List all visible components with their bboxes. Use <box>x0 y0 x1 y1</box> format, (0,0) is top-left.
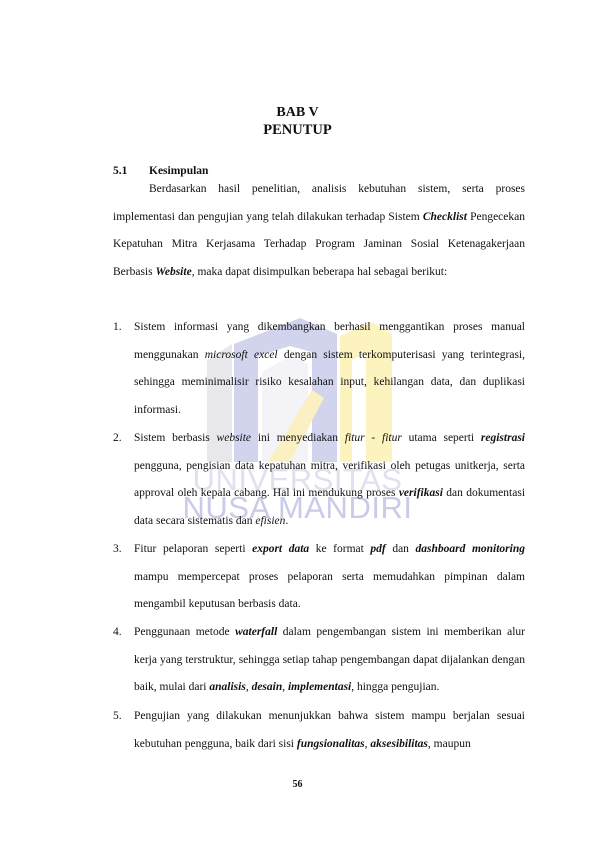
intro-text: , maka dapat disimpulkan beberapa hal se… <box>192 266 447 278</box>
emphasis-aksesibilitas: aksesibilitas <box>370 738 428 750</box>
list-item: 3.Fitur pelaporan seperti export data ke… <box>113 536 525 619</box>
emphasis-dashboard-monitoring: dashboard monitoring <box>416 543 525 555</box>
emphasis-microsoft-excel: microsoft excel <box>205 349 278 361</box>
chapter-title: PENUTUP <box>0 122 595 139</box>
item-text: , hingga pengujian. <box>351 681 439 693</box>
chapter-label: BAB V <box>0 105 595 121</box>
item-text: ini menyediakan <box>251 432 345 444</box>
emphasis-implementasi: implementasi <box>288 681 351 693</box>
page-number: 56 <box>0 779 595 790</box>
emphasis-website: Website <box>155 266 191 278</box>
intro-paragraph: Berdasarkan hasil penelitian, analisis k… <box>113 176 525 286</box>
emphasis-registrasi: registrasi <box>481 432 525 444</box>
emphasis-analisis: analisis <box>209 681 245 693</box>
list-item: 1.Sistem informasi yang dikembangkan ber… <box>113 314 525 424</box>
item-text: utama seperti <box>402 432 481 444</box>
emphasis-checklist: Checklist <box>423 211 467 223</box>
emphasis-pdf: pdf <box>370 543 385 555</box>
item-text: ke format <box>309 543 370 555</box>
item-text: , maupun <box>428 738 471 750</box>
item-text: mampu mempercepat proses pelaporan serta… <box>134 571 525 611</box>
list-item: 5.Pengujian yang dilakukan menunjukkan b… <box>113 703 525 758</box>
emphasis-export-data: export data <box>252 543 309 555</box>
item-text: Penggunaan metode <box>134 626 235 638</box>
item-text: . <box>285 515 288 527</box>
item-number: 1. <box>113 314 122 342</box>
item-number: 4. <box>113 619 122 647</box>
emphasis-verifikasi: verifikasi <box>399 487 443 499</box>
item-number: 3. <box>113 536 122 564</box>
emphasis-fitur: fitur - fitur <box>345 432 402 444</box>
conclusion-list-item-5: 5.Pengujian yang dilakukan menunjukkan b… <box>113 703 525 758</box>
conclusion-list-item-3: 3.Fitur pelaporan seperti export data ke… <box>113 536 525 619</box>
list-item: 2.Sistem berbasis website ini menyediaka… <box>113 425 525 535</box>
item-number: 2. <box>113 425 122 453</box>
item-text: Fitur pelaporan seperti <box>134 543 252 555</box>
conclusion-list-item-4: 4.Penggunaan metode waterfall dalam peng… <box>113 619 525 702</box>
document-page: BAB V PENUTUP 5.1Kesimpulan Berdasarkan … <box>0 0 595 842</box>
emphasis-waterfall: waterfall <box>235 626 277 638</box>
list-item: 4.Penggunaan metode waterfall dalam peng… <box>113 619 525 702</box>
emphasis-efisien: efisien <box>255 515 285 527</box>
item-number: 5. <box>113 703 122 731</box>
emphasis-desain: desain <box>252 681 283 693</box>
item-text: dan <box>386 543 416 555</box>
emphasis-fungsionalitas: fungsionalitas <box>297 738 365 750</box>
item-text: Sistem berbasis <box>134 432 217 444</box>
conclusion-list-item-2: 2.Sistem berbasis website ini menyediaka… <box>113 425 525 535</box>
conclusion-list-item-1: 1.Sistem informasi yang dikembangkan ber… <box>113 314 525 424</box>
emphasis-website: website <box>217 432 252 444</box>
